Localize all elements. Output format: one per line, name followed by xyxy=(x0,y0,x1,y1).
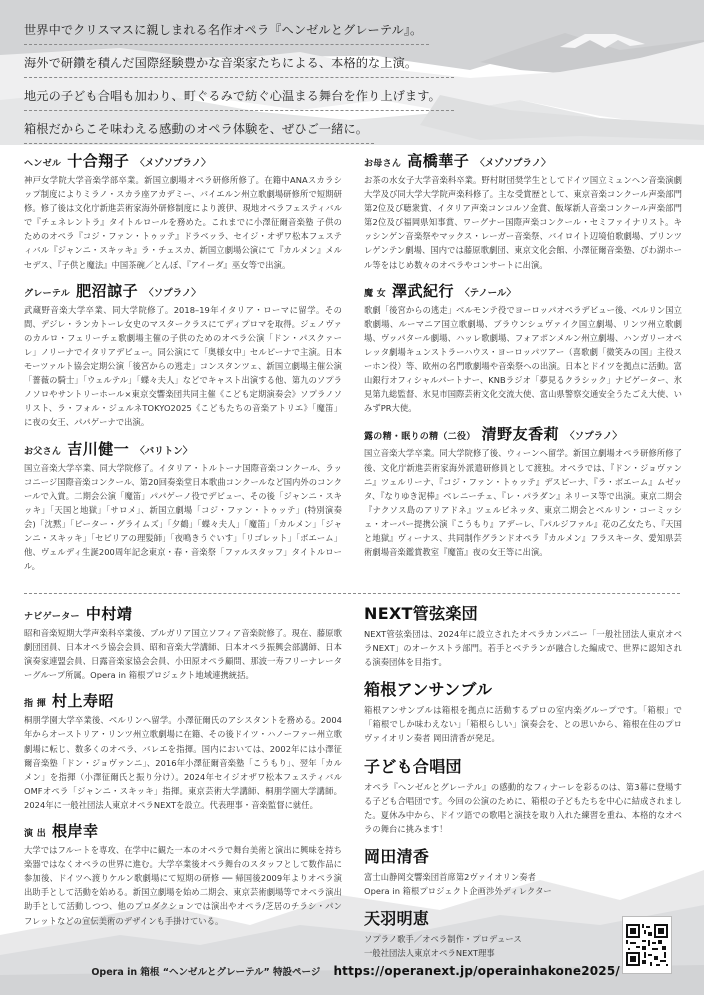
cast-bio-text: お茶の水女子大学音楽科卒業。野村財団奨学生としてドイツ国立ミュンヘン音楽演劇大学… xyxy=(364,173,682,272)
staff-role: 演 出 xyxy=(24,826,46,839)
ensemble-column: NEXT管弦楽団 NEXT管弦楽団は、2024年に設立されたオペラカンパニー「一… xyxy=(364,601,682,968)
cast-voice: 〈テノール〉 xyxy=(460,285,516,299)
intro-line: 海外で研鑽を積んだ国際経験豊かな音楽家たちによる、本格的な上演。 xyxy=(24,51,454,78)
cast-role: ヘンゼル xyxy=(24,156,61,169)
footer: Opera in 箱根 “ヘンゼルとグレーテル” 特設ページ https://o… xyxy=(0,960,620,979)
cast-bio: 魔 女 澤武紀行 〈テノール〉 歌劇「後宮からの逃走」ベルモンテ役でヨーロッパオ… xyxy=(364,280,682,416)
cast-bio-text: 神戸女学院大学音楽学部卒業。新国立劇場オペラ研修所修了。在籍中ANAスカラシップ… xyxy=(24,173,342,272)
cast-name: 澤武紀行 xyxy=(392,280,454,301)
producer-name: 岡田清香 xyxy=(364,844,682,867)
cast-voice: 〈メゾソプラノ〉 xyxy=(135,155,210,169)
ensemble-text: 箱根アンサンブルは箱根を拠点に活動するプロの室内楽グループです。「箱根」で「箱根… xyxy=(364,703,682,745)
footer-url-link[interactable]: https://operanext.jp/operainhakone2025/ xyxy=(333,964,620,978)
intro-line: 箱根だからこそ味わえる感動のオペラ体験を、ぜひご一緒に。 xyxy=(24,117,374,144)
staff-column: ナビゲーター 中村靖 昭和音楽短期大学声楽科卒業後、ブルガリア国立ソフィア音楽院… xyxy=(24,603,342,936)
cast-name: 高橋華子 xyxy=(407,150,469,171)
cast-bio: ヘンゼル 十合翔子 〈メゾソプラノ〉 神戸女学院大学音楽学部卒業。新国立劇場オペ… xyxy=(24,150,342,272)
ensemble-block: NEXT管弦楽団 NEXT管弦楽団は、2024年に設立されたオペラカンパニー「一… xyxy=(364,601,682,669)
producer-line: Opera in 箱根プロジェクト企画渉外ディレクター xyxy=(364,884,682,898)
staff-role: 指 揮 xyxy=(24,696,46,709)
staff-name: 根岸幸 xyxy=(52,820,99,841)
staff-bio-text: 桐朋学園大学卒業後、ベルリンへ留学。小澤征爾氏のアシスタントを務める。2004年… xyxy=(24,713,342,812)
cast-voice: 〈メゾソプラノ〉 xyxy=(475,155,550,169)
cast-bio: グレーテル 肥沼諒子 〈ソプラノ〉 武蔵野音楽大学卒業、同大学院修了。2018–… xyxy=(24,280,342,430)
staff-bio-text: 大学ではフルートを専攻、在学中に観た一本のオペラで舞台美術と演出に興味を持ち楽器… xyxy=(24,843,342,928)
cast-name: 吉川健一 xyxy=(67,438,129,459)
ensemble-title: NEXT管弦楽団 xyxy=(364,601,682,624)
staff-bio: 演 出 根岸幸 大学ではフルートを専攻、在学中に観た一本のオペラで舞台美術と演出… xyxy=(24,820,342,928)
producer-block: 岡田清香 富士山静岡交響楽団首席第2ヴァイオリン奏者 Opera in 箱根プロ… xyxy=(364,844,682,898)
cast-name: 十合翔子 xyxy=(67,150,129,171)
cast-name: 肥沼諒子 xyxy=(76,280,138,301)
cast-role: お父さん xyxy=(24,444,61,457)
ensemble-text: オペラ『ヘンゼルとグレーテル』の感動的なフィナーレを彩るのは、第3幕に登場する子… xyxy=(364,780,682,836)
cast-voice: 〈ソプラノ〉 xyxy=(565,428,622,442)
cast-column-right: お母さん 高橋華子 〈メゾソプラノ〉 お茶の水女子大学音楽科卒業。野村財団奨学生… xyxy=(364,150,682,567)
cast-role: グレーテル xyxy=(24,286,70,299)
staff-role: ナビゲーター xyxy=(24,609,80,622)
qr-code-icon[interactable] xyxy=(622,916,672,974)
cast-bio-text: 国立音楽大学卒業。同大学院修了後、ウィーンへ留学。新国立劇場オペラ研修所修了後、… xyxy=(364,446,682,559)
staff-name: 中村靖 xyxy=(86,603,133,624)
intro-block: 世界中でクリスマスに親しまれる名作オペラ『ヘンゼルとグレーテル』。 海外で研鑽を… xyxy=(24,18,444,150)
staff-bio: ナビゲーター 中村靖 昭和音楽短期大学声楽科卒業後、ブルガリア国立ソフィア音楽院… xyxy=(24,603,342,682)
staff-name: 村上寿昭 xyxy=(52,690,114,711)
section-divider xyxy=(24,593,680,594)
ensemble-block: 箱根アンサンブル 箱根アンサンブルは箱根を拠点に活動するプロの室内楽グループです… xyxy=(364,677,682,745)
ensemble-title: 子ども合唱団 xyxy=(364,754,682,777)
cast-bio: 露の精・眠りの精（二役） 清野友香莉 〈ソプラノ〉 国立音楽大学卒業。同大学院修… xyxy=(364,423,682,559)
cast-name: 清野友香莉 xyxy=(482,423,560,444)
cast-role: お母さん xyxy=(364,156,401,169)
staff-bio: 指 揮 村上寿昭 桐朋学園大学卒業後、ベルリンへ留学。小澤征爾氏のアシスタントを… xyxy=(24,690,342,812)
cast-bio: お母さん 高橋華子 〈メゾソプラノ〉 お茶の水女子大学音楽科卒業。野村財団奨学生… xyxy=(364,150,682,272)
cast-voice: 〈バリトン〉 xyxy=(135,443,192,457)
ensemble-block: 子ども合唱団 オペラ『ヘンゼルとグレーテル』の感動的なフィナーレを彩るのは、第3… xyxy=(364,754,682,836)
cast-bio: お父さん 吉川健一 〈バリトン〉 国立音楽大学卒業、同大学院修了。イタリア・トル… xyxy=(24,438,342,574)
producer-line: 富士山静岡交響楽団首席第2ヴァイオリン奏者 xyxy=(364,870,682,884)
cast-column-left: ヘンゼル 十合翔子 〈メゾソプラノ〉 神戸女学院大学音楽学部卒業。新国立劇場オペ… xyxy=(24,150,342,581)
ensemble-title: 箱根アンサンブル xyxy=(364,677,682,700)
cast-bio-text: 武蔵野音楽大学卒業、同大学院修了。2018–19年イタリア・ローマに留学。その間… xyxy=(24,303,342,430)
cast-bio-text: 国立音楽大学卒業、同大学院修了。イタリア・トルトーナ国際音楽コンクール、ラッコニ… xyxy=(24,461,342,574)
staff-bio-text: 昭和音楽短期大学声楽科卒業後、ブルガリア国立ソフィア音楽院修了。現在、藤原歌劇団… xyxy=(24,626,342,682)
ensemble-text: NEXT管弦楽団は、2024年に設立されたオペラカンパニー「一般社団法人東京オペ… xyxy=(364,627,682,669)
cast-bio-text: 歌劇「後宮からの逃走」ベルモンテ役でヨーロッパオペラデビュー後、ベルリン国立歌劇… xyxy=(364,303,682,416)
footer-label: Opera in 箱根 “ヘンゼルとグレーテル” 特設ページ xyxy=(91,967,320,978)
cast-role: 露の精・眠りの精（二役） xyxy=(364,429,476,442)
cast-voice: 〈ソプラノ〉 xyxy=(144,285,201,299)
intro-line: 地元の子ども合唱も加わり、町ぐるみで紡ぐ心温まる舞台を作り上げます。 xyxy=(24,84,454,111)
flyer-page: 世界中でクリスマスに親しまれる名作オペラ『ヘンゼルとグレーテル』。 海外で研鑽を… xyxy=(0,0,704,995)
intro-line: 世界中でクリスマスに親しまれる名作オペラ『ヘンゼルとグレーテル』。 xyxy=(24,18,429,45)
cast-role: 魔 女 xyxy=(364,286,386,299)
